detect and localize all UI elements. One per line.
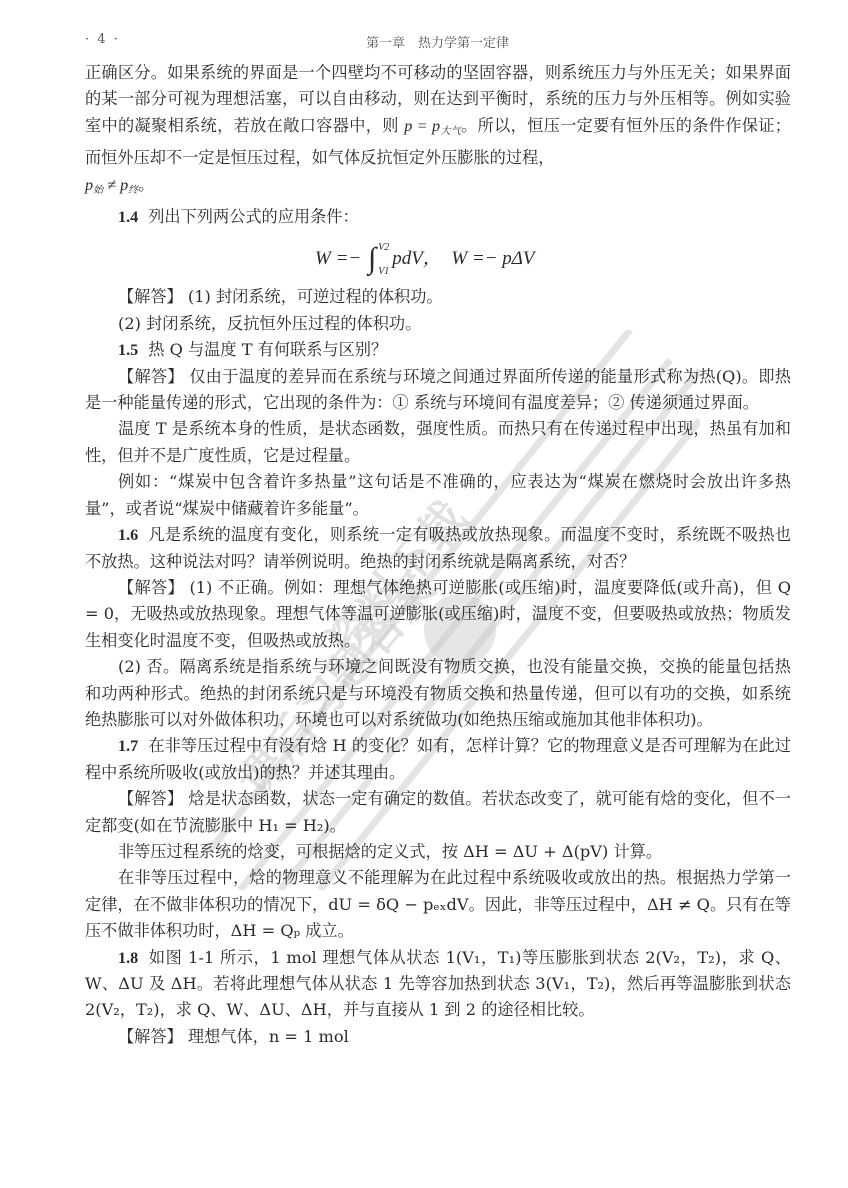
question-number: 1.6 (118, 526, 138, 544)
question-1-4: 1.4列出下列两公式的应用条件： (85, 204, 791, 230)
question-number: 1.8 (118, 949, 138, 967)
math-text: p (85, 176, 93, 194)
answer-1-5-para3: 例如：“煤炭中包含着许多热量”这句话是不准确的，应表达为“煤炭在燃烧时会放出许多… (85, 469, 791, 522)
math-p-start-neq-p-end: p始 ≠ p终 (85, 176, 138, 194)
question-text: 热 Q 与温度 T 有何联系与区别？ (148, 340, 387, 359)
question-1-5: 1.5热 Q 与温度 T 有何联系与区别？ (85, 337, 791, 363)
math-subscript: 始 (93, 185, 103, 196)
answer-1-7-para1: 【解答】 焓是状态函数，状态一定有确定的数值。若状态改变了，就可能有焓的变化，但… (85, 786, 791, 839)
integral-limits: V2V1 (378, 245, 392, 275)
text-run: 。 (138, 175, 154, 194)
question-number: 1.4 (118, 208, 138, 226)
lower-limit: V1 (378, 259, 389, 285)
answer-1-7-para2: 非等压过程系统的焓变，可根据焓的定义式，按 ΔH = ΔU + Δ(pV) 计算… (85, 839, 791, 865)
answer-1-5-para2: 温度 T 是系统本身的性质，是状态函数，强度性质。而热只有在传递过程中出现，热虽… (85, 416, 791, 469)
question-text: 凡是系统的温度有变化，则系统一定有吸热或放热现象。而温度不变时，系统既不吸热也不… (85, 525, 791, 570)
answer-1-5-para1: 【解答】 仅由于温度的差异而在系统与环境之间通过界面所传递的能量形式称为热(Q)… (85, 364, 791, 417)
formula-lhs: W =− (315, 248, 366, 269)
question-text: 如图 1-1 所示，1 mol 理想气体从状态 1(V₁，T₁)等压膨胀到状态 … (85, 948, 791, 1020)
question-text: 在非等压过程中有没有焓 H 的变化？如有，怎样计算？它的物理意义是否可理解为在此… (85, 736, 791, 781)
upper-limit: V2 (378, 235, 389, 261)
math-subscript: 大气 (440, 126, 461, 137)
math-text: p = p (404, 117, 440, 135)
question-number: 1.7 (118, 737, 138, 755)
paragraph-pressure-discussion: 正确区分。如果系统的界面是一个四壁均不可移动的坚固容器，则系统压力与外压无关；如… (85, 60, 791, 204)
math-p-eq-patm: p = p大气 (404, 117, 461, 135)
answer-1-6-part1: 【解答】 (1) 不正确。例如：理想气体绝热可逆膨胀(或压缩)时，温度要降低(或… (85, 575, 791, 654)
question-1-6: 1.6凡是系统的温度有变化，则系统一定有吸热或放热现象。而温度不变时，系统既不吸… (85, 522, 791, 575)
formula-work: W =− ∫V2V1pdV， W =− pΔV (85, 230, 791, 284)
running-title: 第一章 热力学第一定律 (85, 32, 790, 51)
formula-integrand: pdV， (392, 248, 442, 269)
question-number: 1.5 (118, 341, 138, 359)
document-page: · 4 · 第一章 热力学第一定律 课后习题答案 资料下载 正确区分。如果系统的… (0, 0, 848, 1188)
document-body: 正确区分。如果系统的界面是一个四壁均不可移动的坚固容器，则系统压力与外压无关；如… (85, 60, 791, 1050)
question-text: 列出下列两公式的应用条件： (148, 207, 358, 226)
formula-expression: W =− ∫V2V1pdV， W =− pΔV (315, 242, 535, 275)
math-text: ≠ (103, 176, 120, 194)
answer-1-6-part2: (2) 否。隔离系统是指系统与环境之间既没有物质交换，也没有能量交换，交换的能量… (85, 654, 791, 733)
formula-second: W =− pΔV (451, 248, 534, 269)
answer-1-8-start: 【解答】 理想气体，n = 1 mol (85, 1024, 791, 1050)
integral-sign-icon: ∫ (368, 242, 376, 275)
question-1-7: 1.7在非等压过程中有没有焓 H 的变化？如有，怎样计算？它的物理意义是否可理解… (85, 733, 791, 786)
math-subscript: 终 (128, 185, 138, 196)
answer-1-4-part2: (2) 封闭系统，反抗恒外压过程的体积功。 (85, 311, 791, 337)
math-text: p (120, 176, 128, 194)
question-1-8: 1.8如图 1-1 所示，1 mol 理想气体从状态 1(V₁，T₁)等压膨胀到… (85, 945, 791, 1024)
answer-1-4-part1: 【解答】 (1) 封闭系统，可逆过程的体积功。 (85, 284, 791, 310)
page-header: · 4 · 第一章 热力学第一定律 (85, 32, 790, 52)
answer-1-7-para3: 在非等压过程中，焓的物理意义不能理解为在此过程中系统吸收或放出的热。根据热力学第… (85, 865, 791, 944)
